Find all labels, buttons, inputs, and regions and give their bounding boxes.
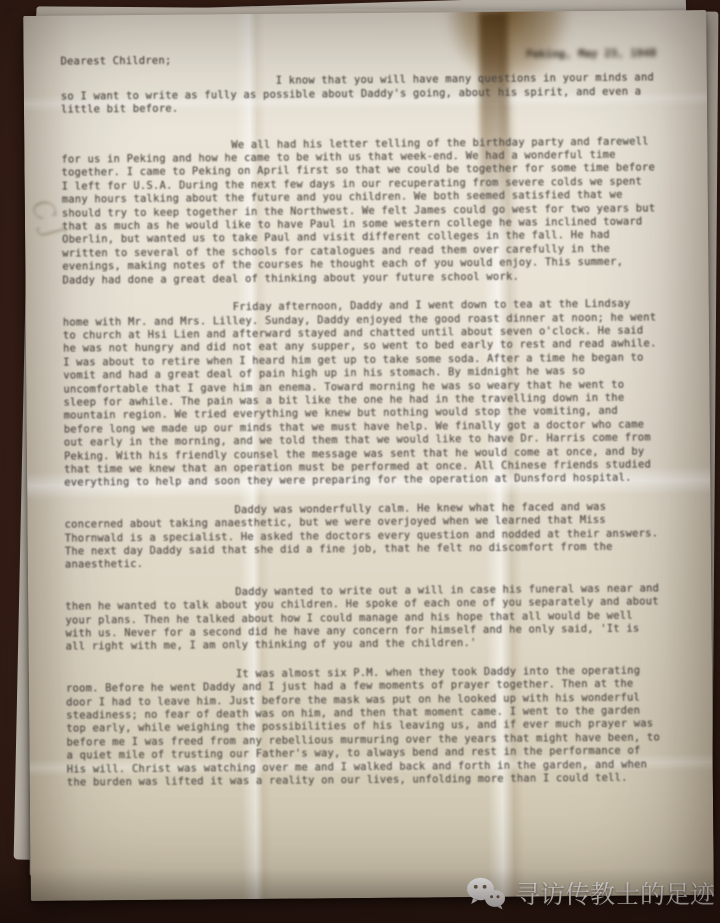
letter-page: Dearest Children; Peking, May 23, 1948 I… <box>23 10 714 901</box>
wechat-icon <box>466 877 506 910</box>
watermark: 寻访传教士的足迹 <box>466 875 715 911</box>
dateline: Peking, May 23, 1948 <box>526 47 657 62</box>
typed-letter-text: Dearest Children; Peking, May 23, 1948 I… <box>60 50 663 900</box>
letter-paragraph: Daddy wanted to write out a will in case… <box>65 582 662 654</box>
letter-paragraph: Daddy was wonderfully calm. He knew what… <box>64 500 661 572</box>
salutation: Dearest Children; <box>60 55 171 69</box>
letter-paragraph: Friday afternoon, Daddy and I went down … <box>63 298 661 491</box>
photo-of-letter: Dearest Children; Peking, May 23, 1948 I… <box>0 0 720 923</box>
letter-header: Dearest Children; Peking, May 23, 1948 <box>60 50 656 69</box>
letter-paragraph: We all had his letter telling of the bir… <box>61 135 658 288</box>
watermark-text: 寻访传教士的足迹 <box>515 875 715 911</box>
letter-paragraph: I know that you will have many questions… <box>61 72 657 117</box>
letter-paragraph: It was almost six P.M. when they took Da… <box>66 664 663 790</box>
